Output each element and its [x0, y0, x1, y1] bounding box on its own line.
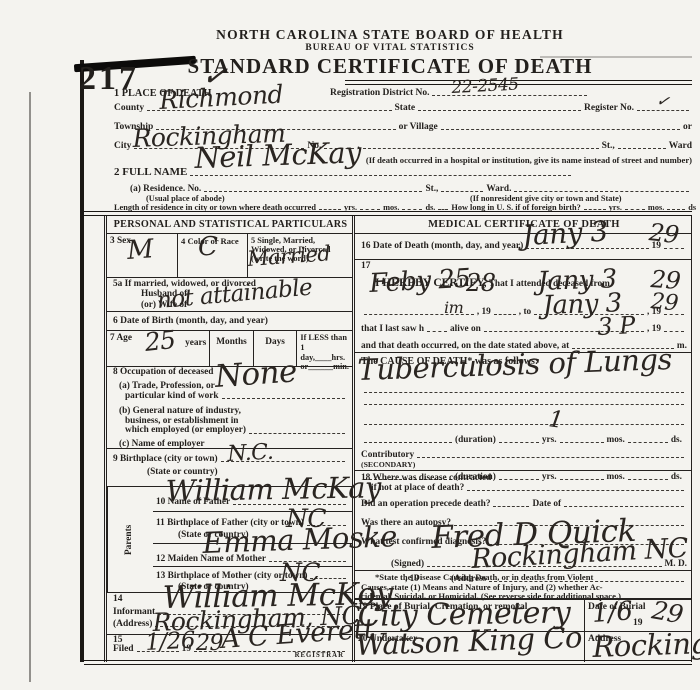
burial-year-value: 29 [650, 597, 685, 627]
ward-label: Ward [669, 141, 692, 151]
last-saw-year: 29 [650, 291, 679, 315]
marital-value: Married [247, 243, 331, 270]
residence-ward-label: Ward. [486, 184, 511, 194]
attended-from-year: 28 [466, 271, 496, 295]
father-name-value: William McKay [165, 473, 381, 506]
less-line1: If LESS than [300, 333, 349, 343]
age-less-than-day-field: If LESS than 1 day,____hrs. or______min. [296, 331, 352, 366]
print-to: , to [519, 307, 531, 317]
contracted-label-line2: if not at place of death? [371, 483, 464, 493]
bureau-subtitle: BUREAU OF VITAL STATISTICS [90, 43, 690, 53]
contracted-label-line1: 18 Where was disease contracted [361, 473, 687, 483]
registration-district-value: 22-2545 [451, 77, 519, 97]
secondary-label: (SECONDARY) [361, 460, 687, 469]
footnote: *State the Disease Causing Death, or in … [355, 570, 691, 598]
mos-label: mos. [607, 435, 625, 445]
race-value: C [198, 234, 217, 260]
undertaker-value: Watson King Co [355, 623, 582, 660]
county-value: Richmond [159, 82, 284, 113]
or-village-label: or Village [399, 122, 438, 132]
personal-column-title: PERSONAL AND STATISTICAL PARTICULARS [107, 216, 352, 233]
contributory-label: Contributory [361, 450, 414, 460]
burial-date-value: 1/6 [591, 598, 633, 627]
age-years-label: years [185, 333, 206, 364]
or-label: or [683, 122, 692, 132]
informant-address-label: (Address) [113, 619, 152, 629]
age-label: 7 Age [110, 333, 132, 364]
burial-19-print: 19 [633, 618, 643, 628]
print-19: , 19 [477, 307, 491, 317]
abode-note: (Usual place of abode) [146, 194, 225, 203]
residence-label: (a) Residence. No. [130, 184, 201, 194]
filed-date-value: 1/26 [145, 629, 196, 655]
age-value: 25 [143, 327, 176, 355]
less-line2: 1 day,____hrs. [300, 343, 349, 362]
state-label: State [395, 103, 416, 113]
register-no-value: ✓ [655, 92, 670, 110]
attended-from-value: Feby 25 [369, 266, 471, 297]
occupation-b-line3: which employed (or employer) [125, 426, 246, 436]
death-certificate-scan: 217 ✓ NORTH CAROLINA STATE BOARD OF HEAL… [0, 0, 700, 690]
sex-value: M [126, 236, 154, 264]
board-title: NORTH CAROLINA STATE BOARD OF HEALTH [90, 27, 690, 43]
county-label: County [114, 103, 144, 113]
last-saw-label: that I last saw h [361, 324, 424, 334]
residence-st-label: St., [425, 184, 438, 194]
date-of-death-label: 16 Date of Death (month, day, and year) [361, 241, 523, 251]
print-19: , 19 [647, 324, 661, 334]
residence-line: (a) Residence. No. St., Ward. [130, 184, 692, 194]
birthplace-value: N.C. [227, 442, 274, 466]
registration-district-label: Registration District No. [330, 88, 429, 98]
nonresident-note: (If nonresident give city or town and St… [470, 194, 622, 203]
occupation-a-line2: particular kind of work [125, 392, 219, 402]
last-saw-him-mark: im [444, 300, 463, 316]
signed-label: (Signed) [391, 559, 424, 569]
occupation-value: None [214, 356, 298, 393]
page-title: STANDARD CERTIFICATE OF DEATH [90, 54, 690, 79]
city-label: City [114, 141, 131, 151]
st-label: St., [602, 141, 615, 151]
birthplace-label: 9 Birthplace (city or town) [113, 454, 218, 464]
print-m: m. [677, 341, 687, 351]
binding-edge-line [29, 92, 31, 682]
alive-on-label: alive on [450, 324, 481, 334]
date-of-death-value: Jany 3 [522, 218, 609, 250]
duration-label: (duration) [455, 435, 496, 445]
death-hour-value: 3 P [597, 313, 636, 339]
mother-name-value: Emma Moske [202, 522, 397, 558]
informant-label: Informant [113, 607, 155, 617]
undertaker-address-value: Rockingham [592, 627, 700, 662]
full-name-value: Neil McKay [194, 138, 362, 173]
ds-label: ds. [671, 435, 682, 445]
date-of-label: Date of [532, 499, 561, 509]
form-left-heavy-border [80, 60, 84, 662]
yrs-label: yrs. [542, 435, 557, 445]
parents-side-label: Parents [107, 487, 153, 592]
filed-label: Filed [113, 644, 134, 654]
full-name-label: 2 FULL NAME [114, 166, 187, 178]
filed-year-value: 29 [196, 633, 223, 655]
date-of-birth-label: 6 Date of Birth (month, day, and year) [113, 313, 348, 326]
register-no-label: Register No. [584, 103, 634, 113]
registrar-label: REGISTRAR [295, 652, 344, 659]
date-of-death-year: 29 [648, 220, 680, 247]
